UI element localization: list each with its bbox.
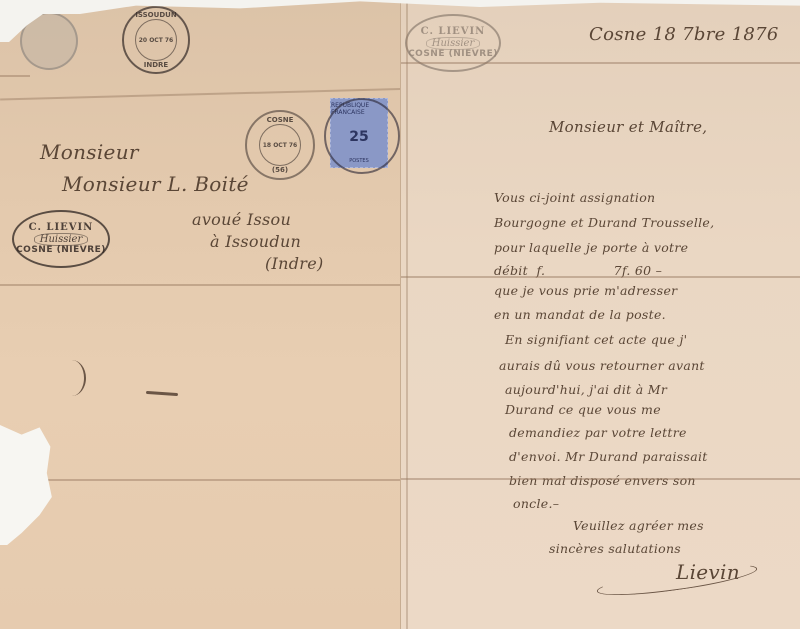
recipient-line-1: Monsieur [40, 140, 139, 164]
letter-body-line: que je vous prie m'adresser [494, 283, 677, 298]
letter-body-line: Vous ci-joint assignation [494, 190, 655, 205]
sender-stamp-town: COSNE (NIEVRE) [16, 246, 106, 256]
letter-salutation: Monsieur et Maître, [549, 118, 707, 136]
fold-crease [0, 479, 400, 481]
letter-closing-line: sincères salutations [549, 541, 681, 556]
letter-body-line: aujourd'hui, j'ai dit à Mr [505, 382, 667, 397]
postmark-label: COSNE [267, 116, 294, 124]
postmark-cosne: COSNE 18 OCT 76 (56) [245, 110, 315, 180]
paper-tear-hole [0, 425, 72, 545]
letter-closing-line: Veuillez agréer mes [573, 518, 704, 533]
fold-crease [401, 276, 800, 278]
fold-crease [401, 478, 800, 480]
postmark-date: 20 OCT 76 [139, 37, 173, 44]
sender-stamp-huissier: C. LIEVIN Huissier COSNE (NIEVRE) [12, 210, 110, 268]
fold-crease [0, 75, 30, 77]
ink-mark-dash [146, 391, 178, 396]
letter-body-line: demandiez par votre lettre [509, 425, 687, 440]
stamp-cancellation-mark [324, 98, 400, 174]
recipient-line-4: à Issoudun [210, 232, 301, 251]
sender-stamp-name: C. LIEVIN [29, 222, 94, 233]
letter-sheet: ISSOUDUN 20 OCT 76 INDRE COSNE 18 OCT 76… [0, 0, 800, 629]
letter-body-line: pour laquelle je porte à votre [494, 240, 688, 255]
letter-body-line: Bourgogne et Durand Trousselle, [494, 215, 714, 230]
fold-crease [0, 284, 400, 286]
postmark-dept: INDRE [144, 61, 168, 69]
letter-body-line: En signifiant cet acte que j' [505, 332, 687, 347]
letter-body-line: oncle.– [513, 496, 559, 511]
fold-crease [406, 0, 408, 629]
postmark-label: ISSOUDUN [135, 11, 176, 19]
rear-stamp-name: C. LIEVIN [421, 26, 486, 37]
fold-crease [401, 62, 800, 64]
recipient-line-2: Monsieur L. Boité [62, 172, 249, 196]
letter-body-line: bien mal disposé envers son [509, 473, 696, 488]
recipient-line-5: (Indre) [265, 254, 324, 273]
postmark-dept: (56) [272, 166, 288, 174]
letter-body-line: Durand ce que vous me [505, 402, 661, 417]
postmark-date: 18 OCT 76 [263, 142, 297, 149]
rear-stamp-town: COSNE (NIEVRE) [408, 50, 498, 60]
letter-body-line: en un mandat de la poste. [494, 307, 666, 322]
ink-mark-arc [58, 360, 86, 396]
letter-panel: C. LIEVIN Huissier COSNE (NIEVRE) Cosne … [400, 0, 800, 629]
recipient-line-3: avoué Issou [192, 210, 291, 229]
letter-place-date: Cosne 18 7bre 1876 [589, 24, 779, 45]
letter-body-line: d'envoi. Mr Durand paraissait [509, 449, 708, 464]
letter-body-line: aurais dû vous retourner avant [499, 358, 705, 373]
postmark-issoudun: ISSOUDUN 20 OCT 76 INDRE [122, 6, 190, 74]
